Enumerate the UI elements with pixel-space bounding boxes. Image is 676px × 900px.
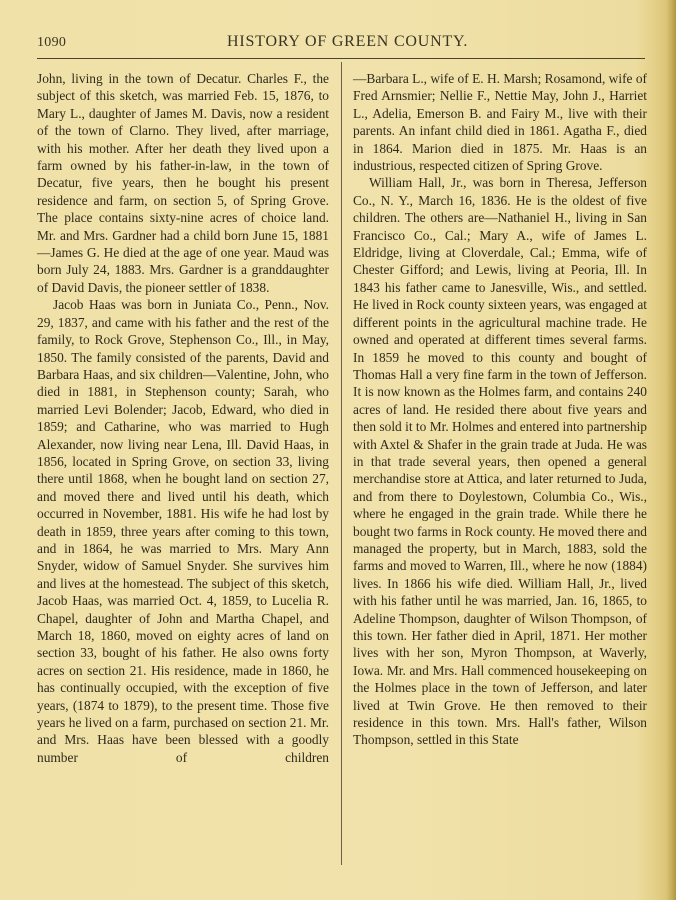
right-column: —Barbara L., wife of E. H. Marsh; Rosamo… [353,70,647,749]
book-page: 1090 HISTORY OF GREEN COUNTY. John, livi… [0,0,676,900]
paragraph-gardner-continued: John, living in the town of Decatur. Cha… [37,70,329,296]
paragraph-william-hall: William Hall, Jr., was born in Theresa, … [353,174,647,748]
left-column: John, living in the town of Decatur. Cha… [37,70,329,766]
page-number: 1090 [37,35,66,51]
paragraph-jacob-haas: Jacob Haas was born in Juniata Co., Penn… [37,296,329,766]
paragraph-haas-children: —Barbara L., wife of E. H. Marsh; Rosamo… [353,70,647,174]
page-edge-shadow [666,0,676,900]
running-title: HISTORY OF GREEN COUNTY. [227,33,468,51]
column-divider [341,62,342,865]
header-rule [37,58,645,59]
page-header: 1090 HISTORY OF GREEN COUNTY. [37,30,499,52]
